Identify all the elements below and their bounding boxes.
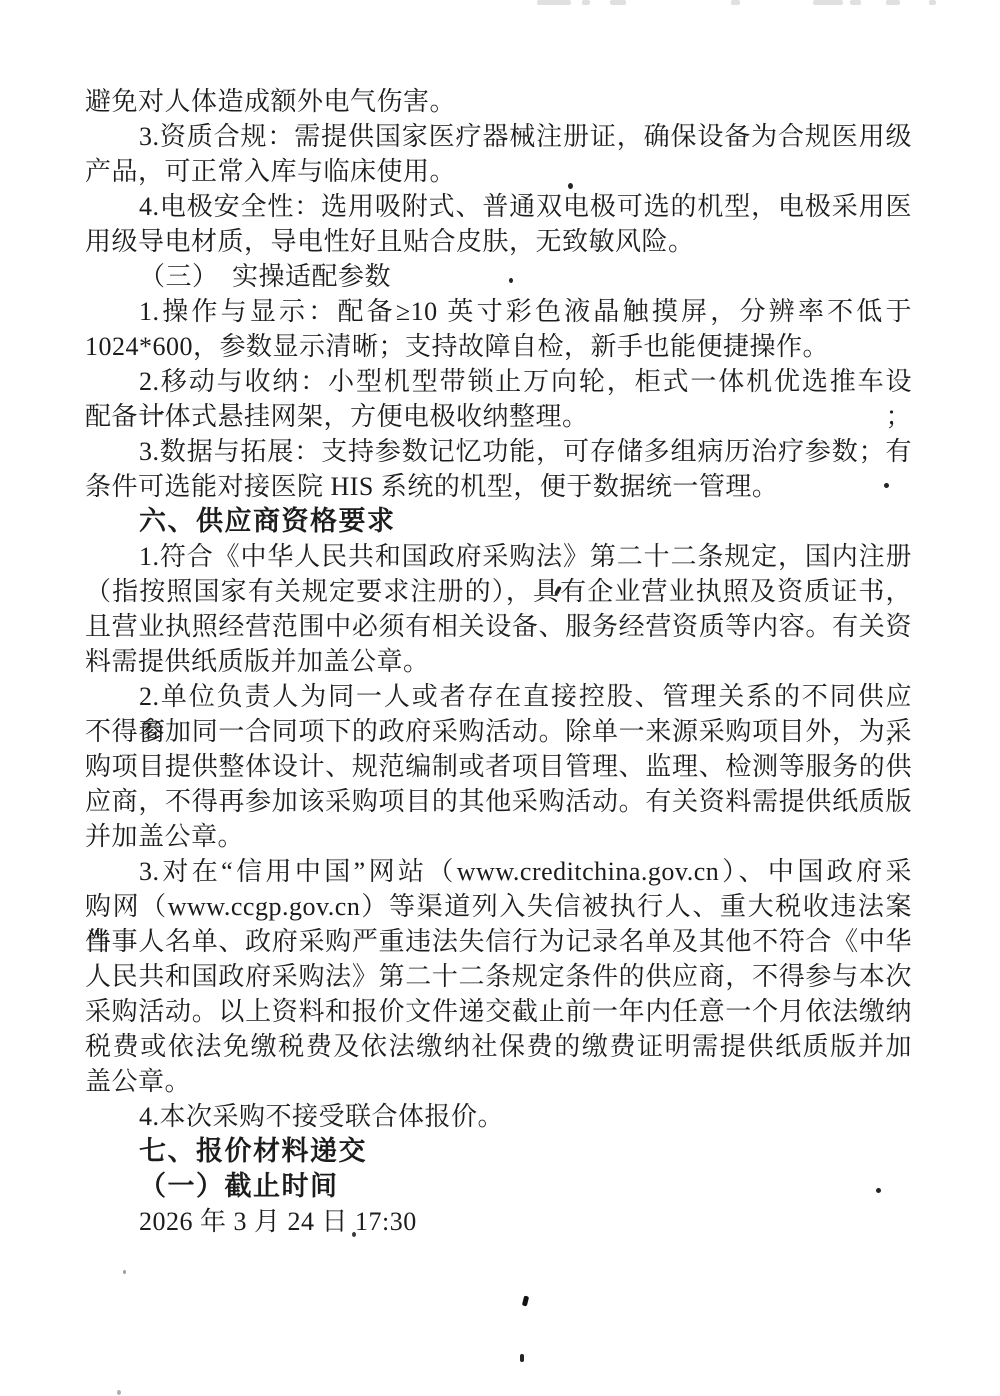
- text-line: 且营业执照经营范围中必须有相关设备、服务经营资质等内容。有关资: [85, 609, 912, 644]
- text-line: 3.资质合规：需提供国家医疗器械注册证，确保设备为合规医用级: [85, 119, 912, 154]
- section-heading: 六、供应商资格要求: [85, 504, 912, 539]
- text-line: 产品，可正常入库与临床使用。: [85, 154, 912, 189]
- scan-speck: [117, 1390, 121, 1395]
- scan-speck: [352, 1232, 356, 1237]
- scan-smudge: [582, 0, 590, 5]
- scan-speck: [876, 1188, 881, 1193]
- text-line: 2.单位负责人为同一人或者存在直接控股、管理关系的不同供应商，: [85, 679, 912, 714]
- scan-speck: [568, 183, 573, 189]
- text-line: 盖公章。: [85, 1064, 912, 1099]
- scan-smudge: [850, 0, 861, 5]
- scan-smudge: [929, 0, 936, 5]
- text-line: 购项目提供整体设计、规范编制或者项目管理、监理、检测等服务的供: [85, 749, 912, 784]
- scan-smudge: [813, 0, 843, 5]
- text-line: （指按照国家有关规定要求注册的），具有企业营业执照及资质证书，: [85, 574, 912, 609]
- text-line: 应商，不得再参加该采购项目的其他采购活动。有关资料需提供纸质版: [85, 784, 912, 819]
- text-line: 购网（www.ccgp.gov.cn）等渠道列入失信被执行人、重大税收违法案件: [85, 889, 912, 924]
- text-line: 料需提供纸质版并加盖公章。: [85, 644, 912, 679]
- scan-smudge: [886, 0, 900, 5]
- text-line: 当事人名单、政府采购严重违法失信行为记录名单及其他不符合《中华: [85, 924, 912, 959]
- text-line: 人民共和国政府采购法》第二十二条规定条件的供应商，不得参与本次: [85, 959, 912, 994]
- text-line: 采购活动。以上资料和报价文件递交截止前一年内任意一个月依法缴纳: [85, 994, 912, 1029]
- text-block: 避免对人体造成额外电气伤害。3.资质合规：需提供国家医疗器械注册证，确保设备为合…: [85, 84, 912, 1239]
- text-line: 避免对人体造成额外电气伤害。: [85, 84, 912, 119]
- text-line: 3.对在“信用中国”网站（www.creditchina.gov.cn）、中国政…: [85, 854, 912, 889]
- text-line: 1.符合《中华人民共和国政府采购法》第二十二条规定，国内注册: [85, 539, 912, 574]
- text-line: 1.操作与显示：配备≥10 英寸彩色液晶触摸屏，分辨率不低于: [85, 294, 912, 329]
- scan-smudge: [610, 0, 626, 5]
- section-heading: （一）截止时间: [85, 1169, 912, 1204]
- scan-speck: [884, 483, 889, 488]
- text-line: （三） 实操适配参数: [85, 259, 912, 294]
- text-line: 3.数据与拓展：支持参数记忆功能，可存储多组病历治疗参数；有: [85, 434, 912, 469]
- scan-speck: [520, 1354, 524, 1362]
- text-line: 2026 年 3 月 24 日 17:30: [85, 1204, 912, 1239]
- text-line: 条件可选能对接医院 HIS 系统的机型，便于数据统一管理。: [85, 469, 912, 504]
- section-heading: 七、报价材料递交: [85, 1134, 912, 1169]
- text-line: 4.电极安全性：选用吸附式、普通双电极可选的机型，电极采用医: [85, 189, 912, 224]
- text-line: 1024*600，参数显示清晰；支持故障自检，新手也能便捷操作。: [85, 329, 912, 364]
- text-line: 税费或依法免缴税费及依法缴纳社保费的缴费证明需提供纸质版并加: [85, 1029, 912, 1064]
- text-line: 并加盖公章。: [85, 819, 912, 854]
- scan-smudge: [731, 0, 740, 5]
- text-line: 4.本次采购不接受联合体报价。: [85, 1099, 912, 1134]
- scan-speck: [509, 278, 513, 283]
- scan-speck: [522, 1296, 529, 1307]
- text-line: 不得参加同一合同项下的政府采购活动。除单一来源采购项目外，为采: [85, 714, 912, 749]
- text-line: 2.移动与收纳：小型机型带锁止万向轮，柜式一体机优选推车设计；: [85, 364, 912, 399]
- document-page: 避免对人体造成额外电气伤害。3.资质合规：需提供国家医疗器械注册证，确保设备为合…: [0, 0, 1000, 1396]
- scan-smudge: [537, 0, 571, 5]
- text-line: 用级导电材质，导电性好且贴合皮肤，无致敏风险。: [85, 224, 912, 259]
- scan-speck: [123, 1270, 126, 1274]
